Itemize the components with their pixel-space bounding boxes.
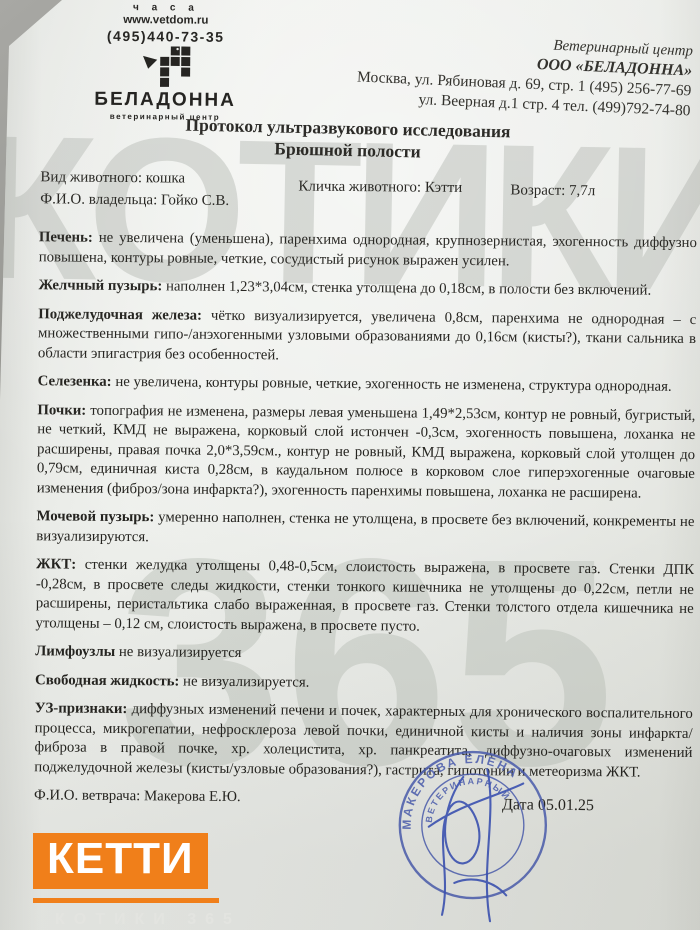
finding-label: Селезенка: [38, 373, 112, 390]
date-label: Дата [502, 796, 534, 813]
clinic-tagline: ветеринарный центр [71, 112, 259, 123]
finding-label: Почки: [37, 402, 86, 418]
pet-name-label: Кличка животного: [298, 179, 421, 196]
clinic-hours: ч а с а [72, 2, 260, 15]
vet-label: Ф.И.О. ветврача: [34, 787, 140, 804]
date-value: 05.01.25 [538, 797, 594, 814]
date-line: Дата 05.01.25 [502, 796, 594, 815]
finding-text: не визуализируется. [183, 673, 309, 690]
finding-label: Мочевой пузырь: [36, 508, 154, 525]
finding-text: диффузных изменений печени и почек, хара… [34, 701, 693, 780]
finding-kidneys: Почки: топография не изменена, размеры л… [37, 401, 696, 504]
contacts-line-3: Москва, ул. Рябиновая д. 69, стр. 1 (495… [356, 68, 691, 102]
signature [402, 762, 553, 928]
finding-bladder: Мочевой пузырь: умеренно наполнен, стенк… [36, 507, 694, 552]
svg-text:ВЕТЕРИНАРНЫЙ: ВЕТЕРИНАРНЫЙ [417, 768, 516, 825]
vet-name-value: Макерова Е.Ю. [144, 788, 241, 805]
clinic-name: БЕЛАДОННА [71, 89, 259, 113]
patient-owner-line: Ф.И.О. владельца: Гойко С.В. [40, 191, 229, 210]
patient-name-line: Кличка животного: Кэтти [298, 179, 462, 197]
round-stamp: МАКЕРОВА ЕЛЕНА ВЕТЕРИНАРНЫЙ [378, 731, 567, 920]
finding-label: Печень: [39, 229, 93, 245]
species-label: Вид животного: [40, 169, 142, 186]
finding-text: топография не изменена, размеры левая ум… [37, 402, 696, 501]
finding-conclusion: УЗ-признаки: диффузных изменений печени … [34, 699, 693, 783]
finding-spleen: Селезенка: не увеличена, контуры ровные,… [38, 372, 696, 397]
contacts-line-4: ул. Веерная д.1 стр. 4 тел. (499)792-74-… [355, 87, 690, 121]
photo-background: { "clinic_logo": { "hours": "ч а с а", "… [0, 0, 700, 930]
badge-divider [33, 898, 219, 903]
finding-label: Лимфоузлы [35, 643, 115, 660]
owner-label: Ф.И.О. владельца: [40, 191, 157, 208]
finding-pancreas: Поджелудочная железа: чётко визуализируе… [38, 305, 696, 369]
vet-name-line: Ф.И.О. ветврача: Макерова Е.Ю. [34, 786, 692, 811]
document-title-line2: Брюшной полости [2, 132, 692, 168]
finding-free-fluid: Свободная жидкость: не визуализируется. [35, 671, 693, 696]
document-paper: КОТИКИ 365 ч а с а www.vetdom.ru (495)44… [0, 0, 700, 930]
finding-text: наполнен 1,23*3,04см, стенка утолщена до… [166, 278, 651, 298]
finding-gi-tract: ЖКТ: стенки желудка утолщены 0,48-0,5см,… [35, 555, 694, 639]
finding-text: не увеличена (уменьшена), паренхима одно… [39, 230, 697, 269]
finding-text: умеренно наполнен, стенка не утолщена, в… [36, 509, 694, 544]
age-value: 7,7л [569, 183, 595, 199]
owner-value: Гойко С.В. [161, 192, 229, 209]
finding-text: не визуализируется [119, 644, 242, 661]
findings-section: Печень: не увеличена (уменьшена), паренх… [34, 228, 697, 820]
svg-text:МАКЕРОВА ЕЛЕНА: МАКЕРОВА ЕЛЕНА [387, 742, 529, 833]
finding-lymph-nodes: Лимфоузлы не визуализируется [35, 642, 693, 667]
patient-species-line: Вид животного: кошка [40, 169, 688, 192]
brand-badge: КЕТТИ КОТИКИ 365 [33, 833, 241, 929]
contacts-line-2: ООО «БЕЛАДОННА» [357, 48, 692, 82]
finding-label: Поджелудочная железа: [38, 306, 202, 323]
finding-label: Желчный пузырь: [38, 277, 162, 294]
finding-text: не увеличена, контуры ровные, четкие, эх… [115, 374, 671, 395]
clinic-phone: (495)440-73-35 [72, 28, 260, 46]
finding-liver: Печень: не увеличена (уменьшена), паренх… [39, 228, 697, 273]
document-title-line1: Протокол ультразвукового исследования [3, 110, 693, 146]
stamp-outer-text: МАКЕРОВА ЕЛЕНА [387, 742, 529, 833]
stamp-inner-text: ВЕТЕРИНАРНЫЙ [417, 768, 516, 825]
patient-info: Вид животного: кошка Ф.И.О. владельца: Г… [40, 169, 688, 192]
patient-age-line: Возраст: 7,7л [510, 182, 595, 200]
finding-text: чётко визуализируется, увеличена 0,8см, … [38, 307, 696, 363]
clinic-website: www.vetdom.ru [72, 14, 260, 28]
age-label: Возраст: [510, 182, 565, 198]
document-content: ч а с а www.vetdom.ru (495)440-73-35 БЕЛ… [0, 0, 700, 930]
finding-label: УЗ-признаки: [35, 700, 128, 717]
watermark-word: КОТИКИ [0, 89, 700, 338]
badge-subtitle: КОТИКИ 365 [55, 911, 241, 929]
clinic-logo: ч а с а www.vetdom.ru (495)440-73-35 БЕЛ… [71, 2, 260, 123]
watermark-number: 365 [118, 492, 616, 832]
pixel-dog-icon [130, 46, 200, 89]
document-title: Протокол ультразвукового исследования Бр… [2, 110, 693, 168]
finding-text: стенки желудка утолщены 0,48-0,5см, слои… [35, 557, 694, 634]
badge-title: КЕТТИ [33, 833, 208, 889]
clinic-contacts: Ветеринарный центр ООО «БЕЛАДОННА» Москв… [355, 28, 693, 122]
contacts-line-1: Ветеринарный центр [358, 28, 693, 62]
finding-label: ЖКТ: [36, 556, 76, 572]
finding-label: Свободная жидкость: [35, 672, 179, 689]
species-value: кошка [146, 170, 185, 186]
pet-name-value: Кэтти [425, 180, 463, 196]
finding-gallbladder: Желчный пузырь: наполнен 1,23*3,04см, ст… [38, 276, 696, 301]
